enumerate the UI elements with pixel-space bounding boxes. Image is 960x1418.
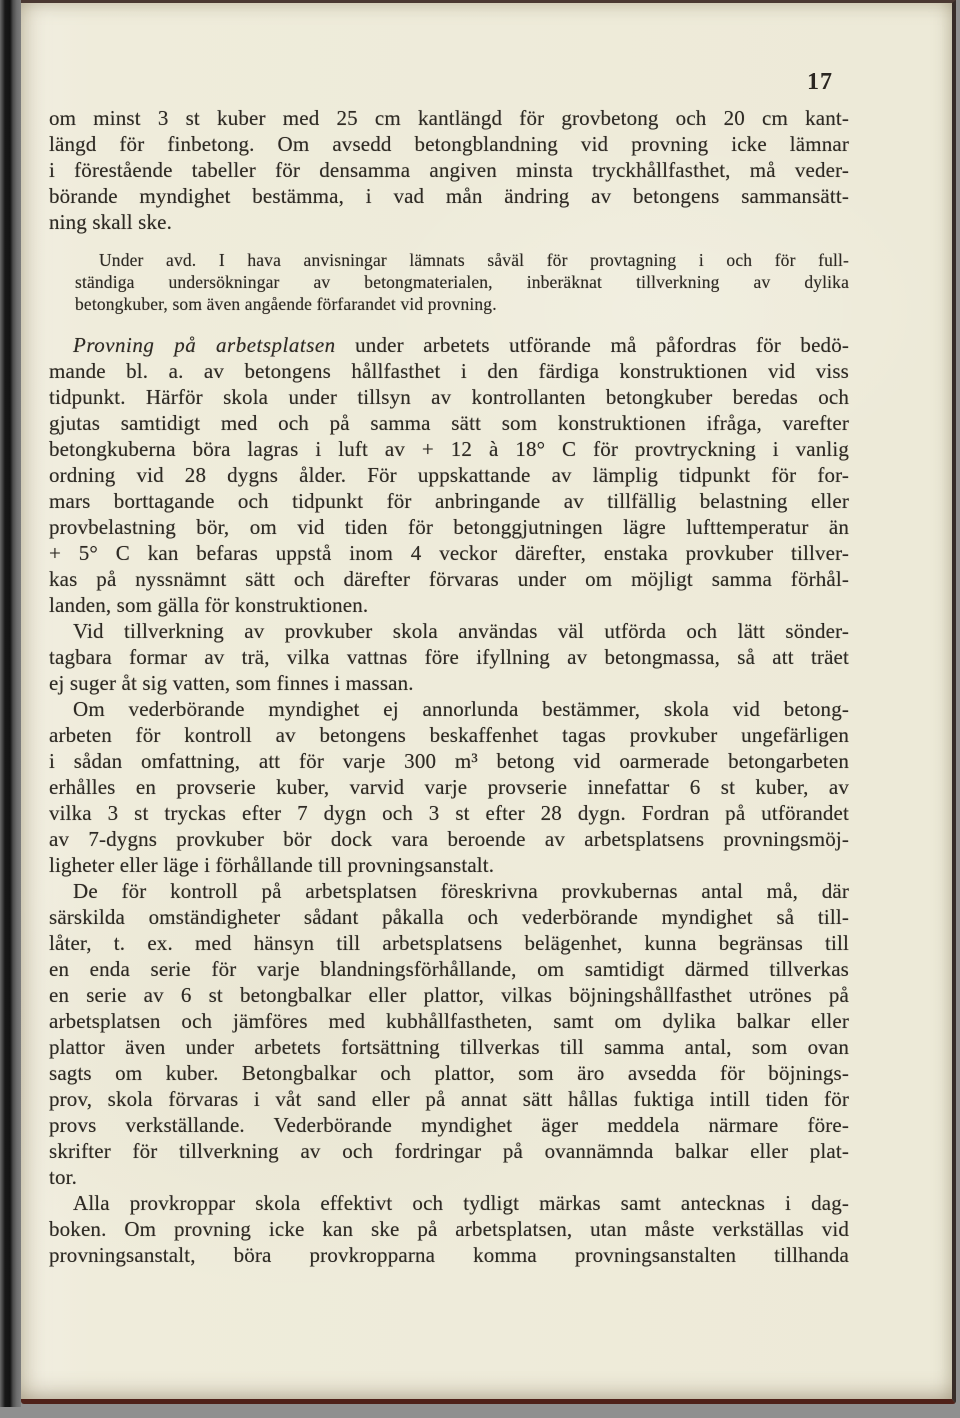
text-segment: kas på nyssnämnt sätt och därefter förva… bbox=[49, 567, 849, 591]
text-line: plattor även under arbetets fortsättning… bbox=[49, 1034, 849, 1060]
text-segment: betongkuberna böra lagras i luft av + 12… bbox=[49, 437, 849, 461]
text-segment: särskilda omständigheter sådant påkalla … bbox=[49, 905, 849, 929]
text-line: provningsanstalt, böra provkropparna kom… bbox=[49, 1242, 849, 1268]
text-line: tagbara formar av trä, vilka vattnas för… bbox=[49, 644, 849, 670]
book-page: 17 om minst 3 st kuber med 25 cm kantlän… bbox=[21, 0, 956, 1404]
text-segment: sagts om kuber. Betongbalkar och plattor… bbox=[49, 1061, 849, 1085]
text-segment: provs verkställande. Vederbörande myndig… bbox=[49, 1113, 849, 1137]
text-segment: Alla provkroppar skola effektivt och tyd… bbox=[73, 1191, 849, 1215]
text-line: mars borttagande och tidpunkt för anbrin… bbox=[49, 488, 849, 514]
text-segment: Under avd. I hava anvisningar lämnats så… bbox=[99, 250, 849, 270]
text-segment: arbetsplatsen och jämföres med kubhållfa… bbox=[49, 1009, 849, 1033]
text-line: Alla provkroppar skola effektivt och tyd… bbox=[49, 1190, 849, 1216]
text-line: vilka 3 st tryckas efter 7 dygn och 3 st… bbox=[49, 800, 849, 826]
text-line: betongkuber, som även angående förfarand… bbox=[75, 293, 849, 315]
text-line: av 7-dygns provkuber bör dock vara beroe… bbox=[49, 826, 849, 852]
text-block: om minst 3 st kuber med 25 cm kantlängd … bbox=[49, 105, 849, 1268]
text-segment: om minst 3 st kuber med 25 cm kantlängd … bbox=[49, 106, 849, 130]
text-line: i sådan omfattning, att för varje 300 m³… bbox=[49, 748, 849, 774]
text-segment: ning skall ske. bbox=[49, 210, 172, 234]
text-line: särskilda omständigheter sådant påkalla … bbox=[49, 904, 849, 930]
paragraph: Provning på arbetsplatsen under arbetets… bbox=[49, 332, 849, 618]
text-line: ej suger åt sig vatten, som finnes i mas… bbox=[49, 670, 849, 696]
paragraph: Under avd. I hava anvisningar lämnats så… bbox=[75, 249, 849, 315]
text-segment: skrifter för tillverkning av och fordrin… bbox=[49, 1139, 849, 1163]
text-segment: ordning vid 28 dygns ålder. För uppskatt… bbox=[49, 463, 849, 487]
text-line: börande myndighet bestämma, i vad mån än… bbox=[49, 183, 849, 209]
text-segment: De för kontroll på arbetsplatsen föreskr… bbox=[73, 879, 849, 903]
paragraph: Om vederbörande myndighet ej annorlunda … bbox=[49, 696, 849, 878]
text-line: en serie av 6 st betongbalkar eller plat… bbox=[49, 982, 849, 1008]
text-line: Vid tillverkning av provkuber skola anvä… bbox=[49, 618, 849, 644]
text-line: betongkuberna böra lagras i luft av + 12… bbox=[49, 436, 849, 462]
text-line: längd för finbetong. Om avsedd betongbla… bbox=[49, 131, 849, 157]
text-line: sagts om kuber. Betongbalkar och plattor… bbox=[49, 1060, 849, 1086]
text-segment: tagbara formar av trä, vilka vattnas för… bbox=[49, 645, 849, 669]
text-segment: provbelastning bör, om vid tiden för bet… bbox=[49, 515, 849, 539]
paragraph: Alla provkroppar skola effektivt och tyd… bbox=[49, 1190, 849, 1268]
text-line: De för kontroll på arbetsplatsen föreskr… bbox=[49, 878, 849, 904]
text-line: skrifter för tillverkning av och fordrin… bbox=[49, 1138, 849, 1164]
text-line: Provning på arbetsplatsen under arbetets… bbox=[49, 332, 849, 358]
text-line: ligheter eller läge i förhållande till p… bbox=[49, 852, 849, 878]
paragraph: Vid tillverkning av provkuber skola anvä… bbox=[49, 618, 849, 696]
text-segment: Om vederbörande myndighet ej annorlunda … bbox=[73, 697, 849, 721]
text-segment: börande myndighet bestämma, i vad mån än… bbox=[49, 184, 849, 208]
text-segment: boken. Om provning icke kan ske på arbet… bbox=[49, 1217, 849, 1241]
text-segment: + 5° C kan befaras uppstå inom 4 veckor … bbox=[49, 541, 849, 565]
text-segment: prov, skola förvaras i våt sand eller på… bbox=[49, 1087, 849, 1111]
paragraph: om minst 3 st kuber med 25 cm kantlängd … bbox=[49, 105, 849, 235]
text-segment: ligheter eller läge i förhållande till p… bbox=[49, 853, 494, 877]
text-segment: landen, som gälla för konstruktionen. bbox=[49, 593, 368, 617]
page-number: 17 bbox=[791, 69, 833, 96]
text-line: om minst 3 st kuber med 25 cm kantlängd … bbox=[49, 105, 849, 131]
text-line: kas på nyssnämnt sätt och därefter förva… bbox=[49, 566, 849, 592]
text-segment: mande bl. a. av betongens hållfasthet i … bbox=[49, 359, 849, 383]
text-line: mande bl. a. av betongens hållfasthet i … bbox=[49, 358, 849, 384]
text-segment: tor. bbox=[49, 1165, 77, 1189]
text-segment: vilka 3 st tryckas efter 7 dygn och 3 st… bbox=[49, 801, 849, 825]
text-segment: en serie av 6 st betongbalkar eller plat… bbox=[49, 983, 849, 1007]
text-segment: i förestående tabeller för densamma angi… bbox=[49, 158, 849, 182]
text-segment: en enda serie för varje blandningsförhål… bbox=[49, 957, 849, 981]
text-segment: ej suger åt sig vatten, som finnes i mas… bbox=[49, 671, 414, 695]
text-segment: låter, t. ex. med hänsyn till arbetsplat… bbox=[49, 931, 849, 955]
text-line: en enda serie för varje blandningsförhål… bbox=[49, 956, 849, 982]
text-line: arbetsplatsen och jämföres med kubhållfa… bbox=[49, 1008, 849, 1034]
text-segment: plattor även under arbetets fortsättning… bbox=[49, 1035, 849, 1059]
text-segment: i sådan omfattning, att för varje 300 m³… bbox=[49, 749, 849, 773]
text-line: erhålles en provserie kuber, varvid varj… bbox=[49, 774, 849, 800]
text-line: ordning vid 28 dygns ålder. För uppskatt… bbox=[49, 462, 849, 488]
text-segment: mars borttagande och tidpunkt för anbrin… bbox=[49, 489, 849, 513]
text-segment: längd för finbetong. Om avsedd betongbla… bbox=[49, 132, 849, 156]
text-line: arbeten för kontroll av betongens beskaf… bbox=[49, 722, 849, 748]
text-line: ning skall ske. bbox=[49, 209, 849, 235]
text-line: ständiga undersökningar av betongmateria… bbox=[75, 271, 849, 293]
text-line: provs verkställande. Vederbörande myndig… bbox=[49, 1112, 849, 1138]
text-line: i förestående tabeller för densamma angi… bbox=[49, 157, 849, 183]
book-binding-edge bbox=[0, 0, 21, 1407]
paragraph: De för kontroll på arbetsplatsen föreskr… bbox=[49, 878, 849, 1190]
text-line: Om vederbörande myndighet ej annorlunda … bbox=[49, 696, 849, 722]
text-segment: tidpunkt. Härför skola under tillsyn av … bbox=[49, 385, 849, 409]
text-segment: Vid tillverkning av provkuber skola anvä… bbox=[73, 619, 849, 643]
text-line: Under avd. I hava anvisningar lämnats så… bbox=[75, 249, 849, 271]
text-segment: ständiga undersökningar av betongmateria… bbox=[75, 272, 849, 292]
text-line: landen, som gälla för konstruktionen. bbox=[49, 592, 849, 618]
text-line: prov, skola förvaras i våt sand eller på… bbox=[49, 1086, 849, 1112]
text-segment: gjutas samtidigt med och på samma sätt s… bbox=[49, 411, 849, 435]
text-line: gjutas samtidigt med och på samma sätt s… bbox=[49, 410, 849, 436]
text-segment: under arbetets utförande må påfordras fö… bbox=[336, 333, 849, 357]
text-line: + 5° C kan befaras uppstå inom 4 veckor … bbox=[49, 540, 849, 566]
scanned-book-page: 17 om minst 3 st kuber med 25 cm kantlän… bbox=[0, 0, 960, 1418]
text-line: tor. bbox=[49, 1164, 849, 1190]
text-line: boken. Om provning icke kan ske på arbet… bbox=[49, 1216, 849, 1242]
text-line: låter, t. ex. med hänsyn till arbetsplat… bbox=[49, 930, 849, 956]
text-segment: arbeten för kontroll av betongens beskaf… bbox=[49, 723, 849, 747]
text-segment: av 7-dygns provkuber bör dock vara beroe… bbox=[49, 827, 849, 851]
text-line: provbelastning bör, om vid tiden för bet… bbox=[49, 514, 849, 540]
text-line: tidpunkt. Härför skola under tillsyn av … bbox=[49, 384, 849, 410]
text-segment: betongkuber, som även angående förfarand… bbox=[75, 294, 497, 314]
text-segment: erhålles en provserie kuber, varvid varj… bbox=[49, 775, 849, 799]
text-segment: provningsanstalt, böra provkropparna kom… bbox=[49, 1243, 849, 1267]
italic-lead: Provning på arbetsplatsen bbox=[73, 333, 336, 357]
